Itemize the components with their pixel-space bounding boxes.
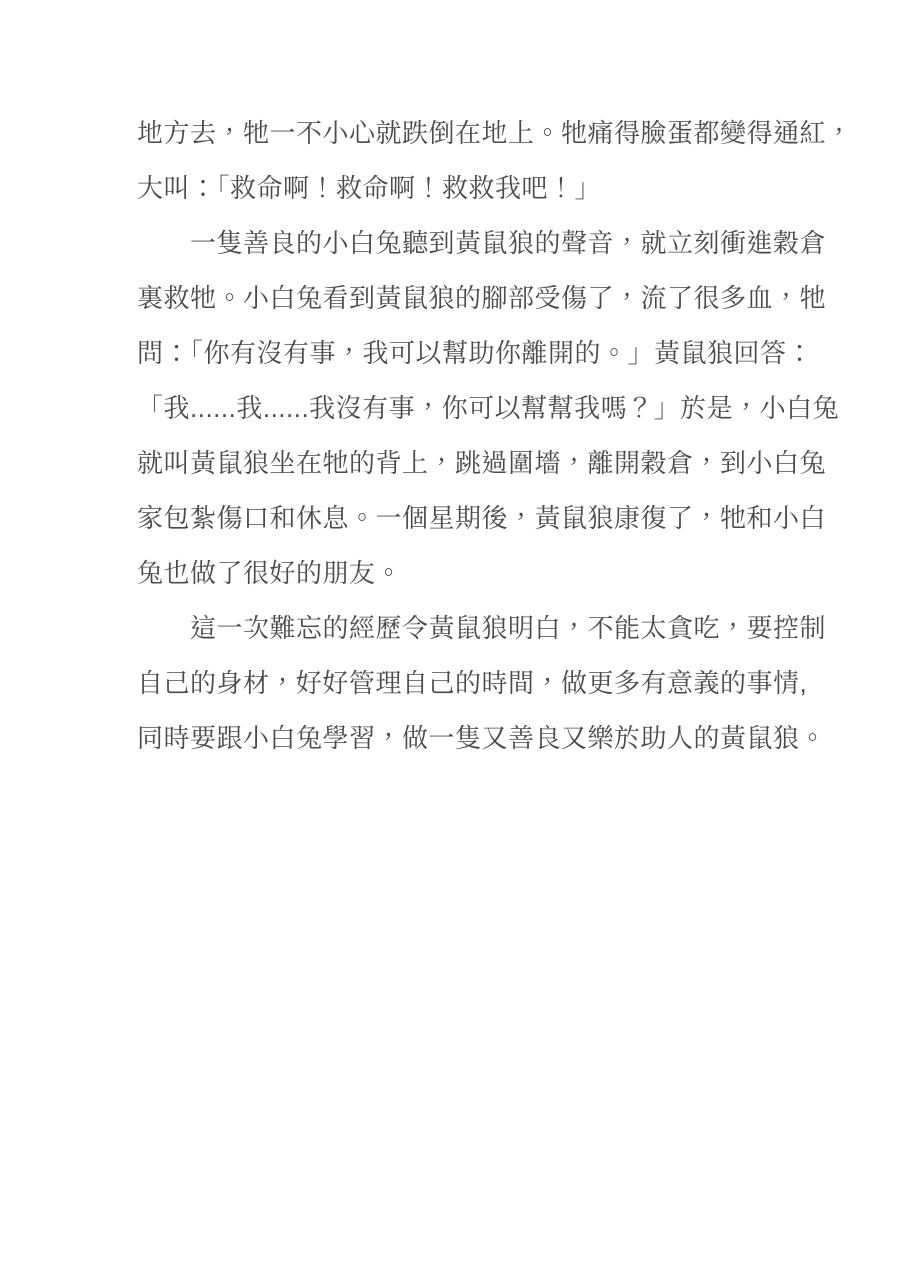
text-line: 「我......我......我沒有事，你可以幫幫我嗎？」於是，小白兔 — [137, 381, 815, 436]
story-text-block: 地方去，牠一不小心就跌倒在地上。牠痛得臉蛋都變得通紅， 大叫：「救命啊！救命啊！… — [137, 106, 815, 766]
text-line: 大叫：「救命啊！救命啊！救救我吧！」 — [137, 161, 815, 216]
text-line: 這一次難忘的經歷令黃鼠狼明白，不能太貪吃，要控制 — [137, 601, 815, 656]
text-line: 地方去，牠一不小心就跌倒在地上。牠痛得臉蛋都變得通紅， — [137, 106, 815, 161]
text-line: 兔也做了很好的朋友。 — [137, 546, 815, 601]
text-line: 家包紮傷口和休息。一個星期後，黃鼠狼康復了，牠和小白 — [137, 491, 815, 546]
document-page: 地方去，牠一不小心就跌倒在地上。牠痛得臉蛋都變得通紅， 大叫：「救命啊！救命啊！… — [0, 0, 905, 1280]
text-line: 自己的身材，好好管理自己的時間，做更多有意義的事情, — [137, 656, 815, 711]
text-line: 問：「你有沒有事，我可以幫助你離開的。」黃鼠狼回答： — [137, 326, 815, 381]
text-line: 同時要跟小白兔學習，做一隻又善良又樂於助人的黃鼠狼。 — [137, 711, 815, 766]
text-line: 一隻善良的小白兔聽到黃鼠狼的聲音，就立刻衝進穀倉 — [137, 216, 815, 271]
text-line: 裏救牠。小白兔看到黃鼠狼的腳部受傷了，流了很多血，牠 — [137, 271, 815, 326]
text-line: 就叫黃鼠狼坐在牠的背上，跳過圍墻，離開穀倉，到小白兔 — [137, 436, 815, 491]
